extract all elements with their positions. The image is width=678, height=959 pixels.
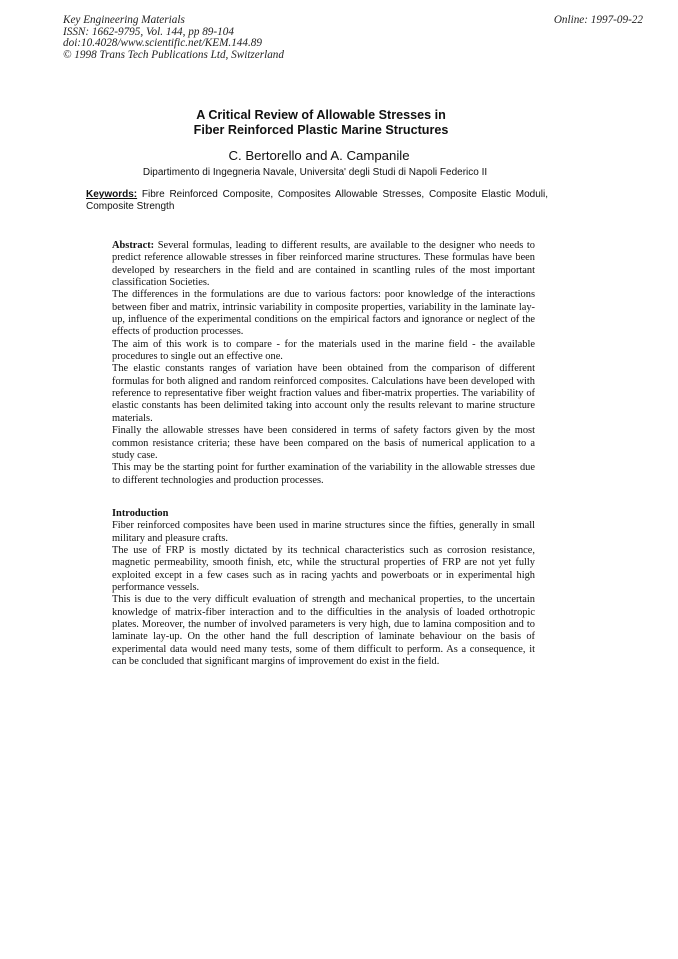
introduction-heading: Introduction: [112, 508, 535, 520]
journal-name: Key Engineering Materials: [63, 15, 284, 27]
authors: C. Bertorello and A. Campanile: [0, 148, 678, 163]
affiliation-text: Dipartimento di Ingegneria Navale, Unive…: [143, 167, 487, 178]
paper-title: A Critical Review of Allowable Stresses …: [0, 108, 678, 137]
online-date: Online: 1997-09-22: [554, 15, 643, 27]
abstract-section: Abstract: Several formulas, leading to d…: [112, 240, 535, 487]
keywords: Keywords: Fibre Reinforced Composite, Co…: [86, 189, 548, 214]
journal-copyright: © 1998 Trans Tech Publications Ltd, Swit…: [63, 50, 284, 62]
introduction-paragraph: This is due to the very difficult evalua…: [112, 594, 535, 668]
abstract-paragraph: The elastic constants ranges of variatio…: [112, 363, 535, 425]
journal-header: Key Engineering Materials ISSN: 1662-979…: [63, 15, 284, 61]
affiliation: Dipartimento di Ingegneria Navale, Unive…: [0, 167, 678, 178]
abstract-paragraph: Finally the allowable stresses have been…: [112, 425, 535, 462]
authors-text: C. Bertorello and A. Campanile: [228, 148, 409, 163]
abstract-paragraph: Abstract: Several formulas, leading to d…: [112, 240, 535, 289]
keywords-text: Fibre Reinforced Composite, Composites A…: [86, 189, 548, 212]
abstract-paragraph: The aim of this work is to compare - for…: [112, 339, 535, 364]
introduction-section: Introduction Fiber reinforced composites…: [112, 508, 535, 668]
paper-title-line-1: A Critical Review of Allowable Stresses …: [0, 108, 660, 123]
introduction-paragraph: The use of FRP is mostly dictated by its…: [112, 545, 535, 594]
abstract-paragraph: The differences in the formulations are …: [112, 289, 535, 338]
introduction-paragraph: Fiber reinforced composites have been us…: [112, 520, 535, 545]
keywords-label: Keywords:: [86, 189, 137, 200]
abstract-text: Several formulas, leading to different r…: [112, 240, 535, 288]
abstract-label: Abstract:: [112, 240, 154, 251]
paper-title-line-2: Fiber Reinforced Plastic Marine Structur…: [0, 123, 660, 138]
abstract-paragraph: This may be the starting point for furth…: [112, 462, 535, 487]
